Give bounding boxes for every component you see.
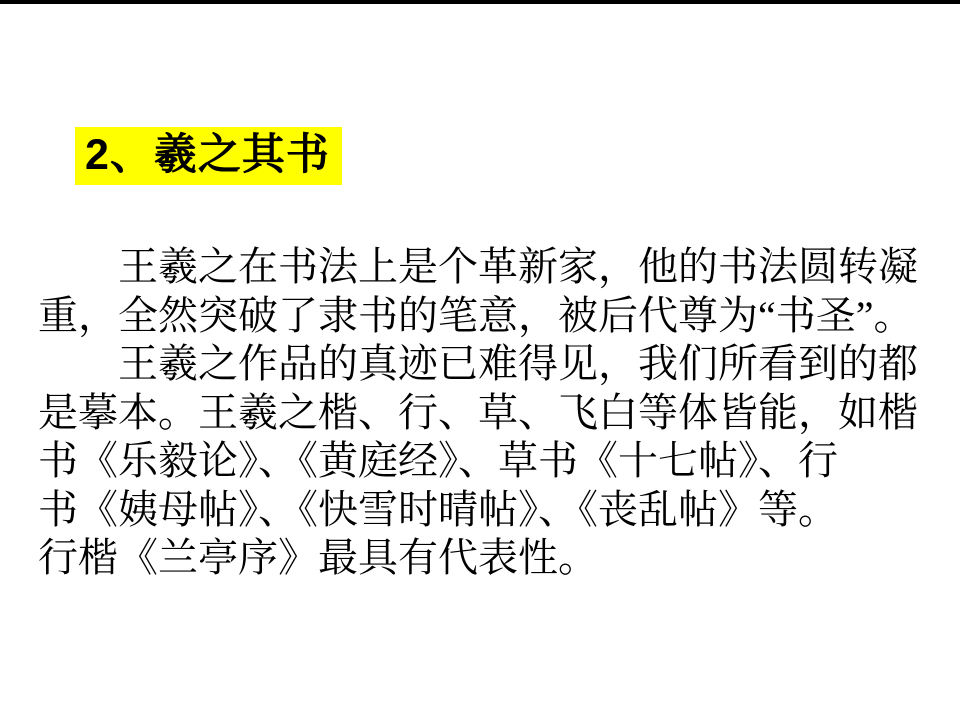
body-text-line-4: 是摹本。王羲之楷、行、草、飞白等体皆能，如楷 bbox=[38, 389, 928, 438]
title-highlight: 2、羲之其书 bbox=[75, 127, 342, 185]
slide-body-text: 王羲之在书法上是个革新家，他的书法圆转凝 重，全然突破了隶书的笔意，被后代尊为“… bbox=[38, 243, 928, 583]
slide-top-border bbox=[0, 0, 960, 4]
body-text-line-7: 行楷《兰亭序》最具有代表性。 bbox=[38, 534, 928, 583]
body-text-line-5: 书《乐毅论》、《黄庭经》、草书《十七帖》、行 bbox=[38, 437, 928, 486]
body-text-line-2: 重，全然突破了隶书的笔意，被后代尊为“书圣”。 bbox=[38, 292, 928, 341]
body-text-line-6: 书《姨母帖》、《快雪时晴帖》、《丧乱帖》等。 bbox=[38, 486, 928, 535]
body-text-line-1: 王羲之在书法上是个革新家，他的书法圆转凝 bbox=[38, 243, 928, 292]
presentation-slide: 2、羲之其书 王羲之在书法上是个革新家，他的书法圆转凝 重，全然突破了隶书的笔意… bbox=[0, 0, 960, 720]
body-text-line-3: 王羲之作品的真迹已难得见，我们所看到的都 bbox=[38, 340, 928, 389]
slide-title: 2、羲之其书 bbox=[85, 131, 330, 179]
